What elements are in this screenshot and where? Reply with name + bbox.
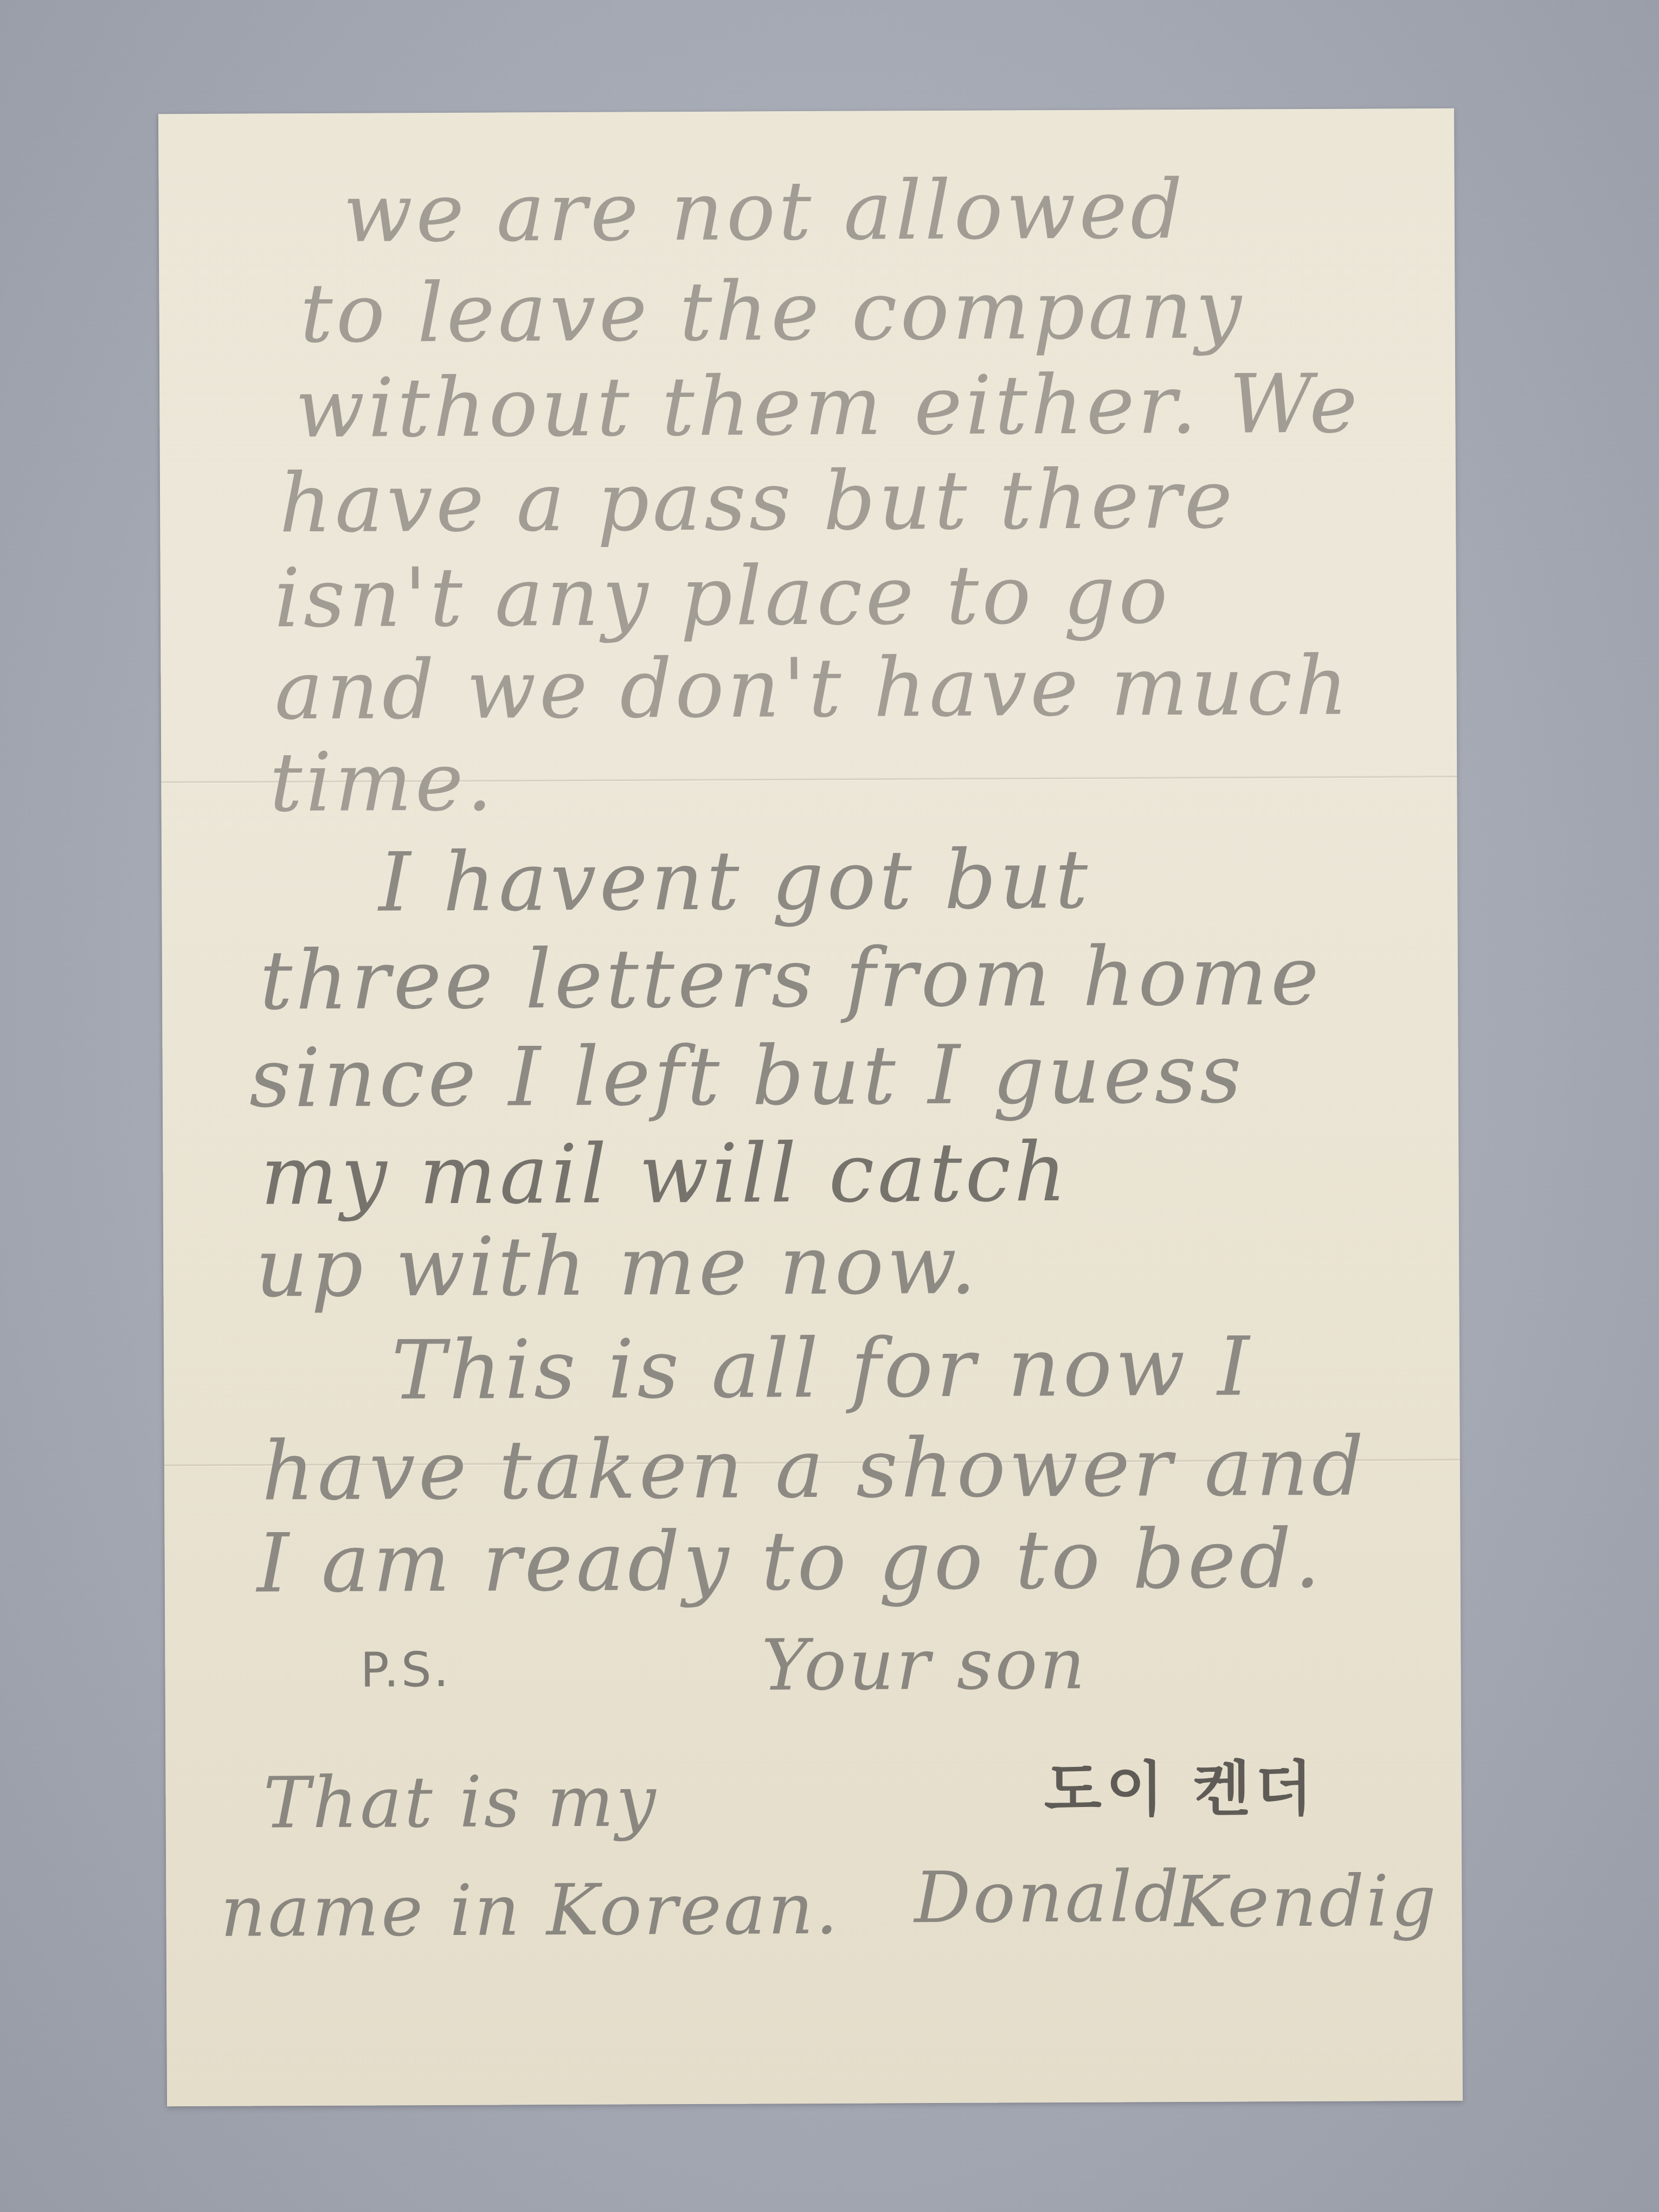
letter-line: up with me now. bbox=[255, 1225, 980, 1309]
signature-last-name: Kendig bbox=[1174, 1860, 1438, 1943]
postscript-line: That is my bbox=[263, 1760, 658, 1844]
letter-line: and we don't have much bbox=[274, 646, 1351, 732]
letter-line: have taken a shower and bbox=[262, 1426, 1367, 1513]
letter-line: to leave the company bbox=[300, 269, 1245, 355]
letter-line: This is all for now I bbox=[391, 1326, 1253, 1411]
letter-line: time. bbox=[269, 742, 496, 824]
postscript-label: P.S. bbox=[360, 1642, 451, 1698]
postscript-line: name in Korean. bbox=[220, 1868, 840, 1953]
letter-line: since I left but I guess bbox=[249, 1034, 1245, 1120]
letter-line: my mail will catch bbox=[260, 1132, 1070, 1217]
letter-line: isn't any place to go bbox=[274, 554, 1171, 639]
letter-line: three letters from home bbox=[260, 936, 1322, 1022]
signature-korean: 도이 켄더 bbox=[1044, 1741, 1317, 1828]
closing: Your son bbox=[761, 1623, 1087, 1707]
letter-line: have a pass but there bbox=[279, 459, 1236, 545]
letter-line: we are not allowed bbox=[343, 169, 1186, 254]
letter-line: I am ready to go to bed. bbox=[256, 1519, 1323, 1605]
letter-line: without them either. We bbox=[295, 364, 1361, 450]
letter-page: we are not allowed to leave the company … bbox=[158, 108, 1463, 2106]
letter-line: I havent got but bbox=[378, 839, 1091, 924]
signature-first-name: Donald bbox=[914, 1855, 1181, 1939]
